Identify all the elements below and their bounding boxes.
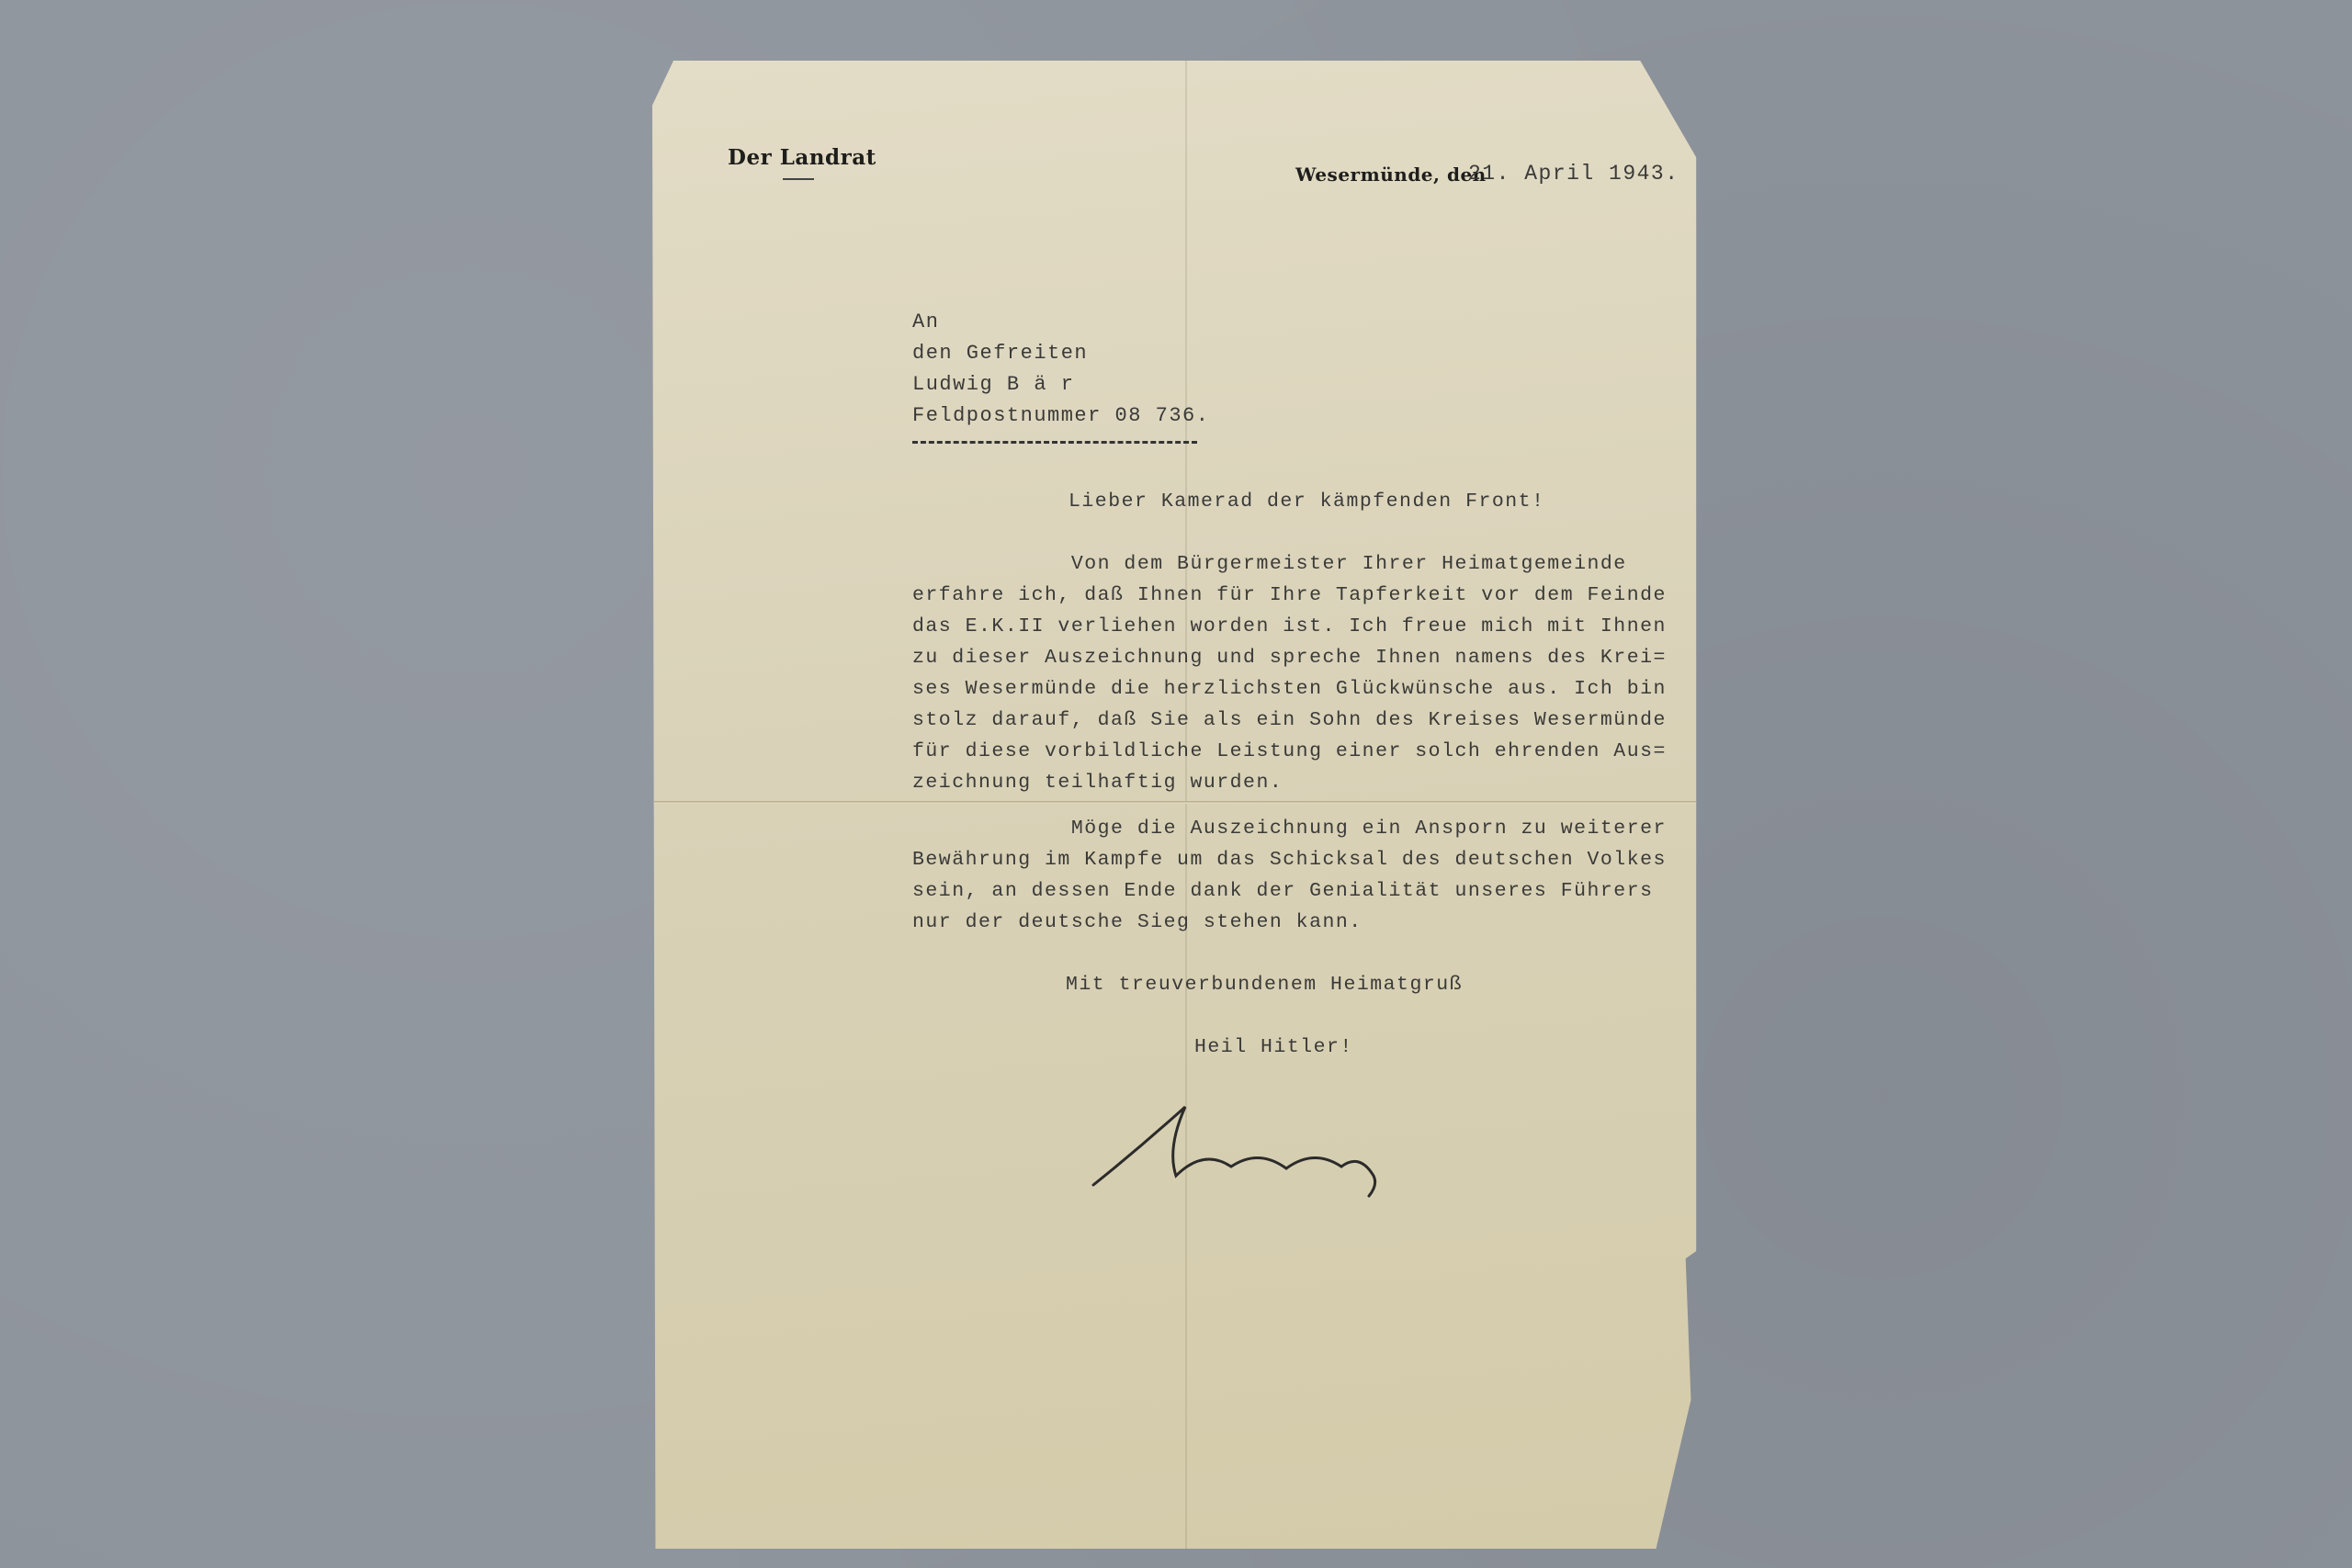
letterhead-office: Der Landrat bbox=[728, 145, 876, 170]
letter-paper: Der Landrat Wesermünde, den 21. April 19… bbox=[652, 61, 1709, 1549]
closing: Mit treuverbundenem Heimatgruß bbox=[1066, 974, 1463, 996]
paragraph-line: nur der deutsche Sieg stehen kann. bbox=[912, 911, 1363, 933]
letterhead-place: Wesermünde, den bbox=[1295, 164, 1487, 186]
paragraph-line: das E.K.II verliehen worden ist. Ich fre… bbox=[912, 615, 1667, 637]
paragraph-line: zu dieser Auszeichnung und spreche Ihnen… bbox=[912, 647, 1667, 669]
letterhead-rule bbox=[783, 178, 814, 180]
address-line: Ludwig B ä r bbox=[912, 373, 1074, 396]
horizontal-fold-crease bbox=[652, 801, 1709, 804]
signature-scribble bbox=[1084, 1093, 1452, 1203]
paragraph-line: Möge die Auszeichnung ein Ansporn zu wei… bbox=[912, 818, 1667, 840]
paragraph-line: Von dem Bürgermeister Ihrer Heimatgemein… bbox=[912, 553, 1627, 575]
paragraph-line: stolz darauf, daß Sie als ein Sohn des K… bbox=[912, 709, 1667, 731]
closing-salute: Heil Hitler! bbox=[1194, 1036, 1353, 1058]
address-line: den Gefreiten bbox=[912, 342, 1088, 365]
paragraph-line: ses Wesermünde die herzlichsten Glückwün… bbox=[912, 678, 1667, 700]
address-underline bbox=[912, 441, 1197, 444]
paragraph-line: für diese vorbildliche Leistung einer so… bbox=[912, 740, 1667, 762]
letter-date: 21. April 1943. bbox=[1468, 162, 1679, 186]
vertical-fold-crease bbox=[1185, 61, 1187, 1549]
salutation: Lieber Kamerad der kämpfenden Front! bbox=[1069, 491, 1544, 513]
paragraph-line: Bewährung im Kampfe um das Schicksal des… bbox=[912, 849, 1667, 871]
address-line: Feldpostnummer 08 736. bbox=[912, 404, 1209, 427]
paragraph-line: zeichnung teilhaftig wurden. bbox=[912, 772, 1283, 794]
paragraph-line: erfahre ich, daß Ihnen für Ihre Tapferke… bbox=[912, 584, 1667, 606]
address-line: An bbox=[912, 310, 939, 333]
paragraph-line: sein, an dessen Ende dank der Genialität… bbox=[912, 880, 1654, 902]
